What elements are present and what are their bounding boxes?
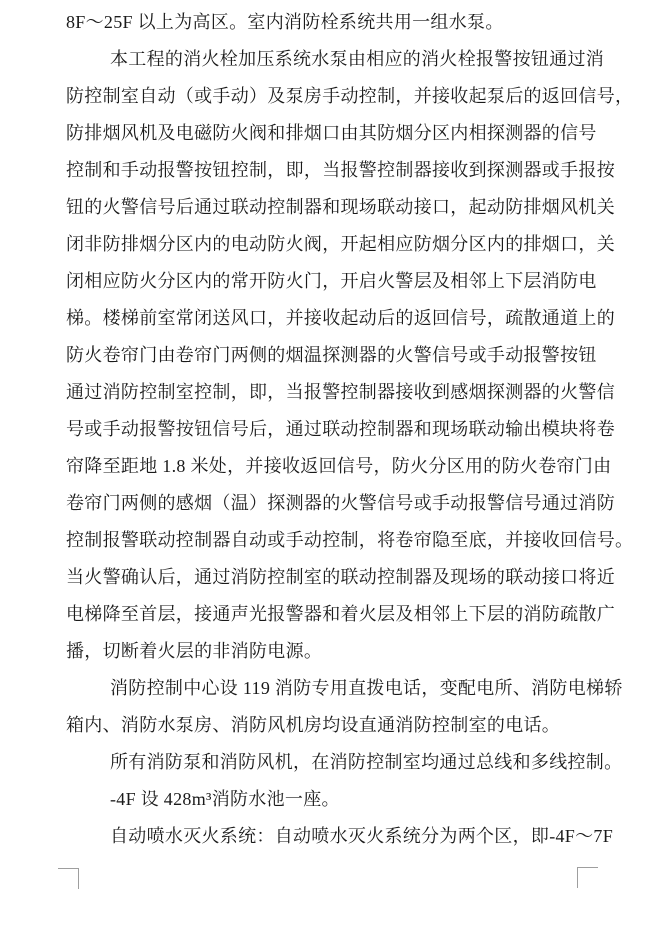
text-line: 消防控制中心设 119 消防专用直拨电话，变配电所、消防电梯轿: [66, 670, 602, 707]
text-line: 帘降至距地 1.8 米处，并接收返回信号，防火分区用的防火卷帘门由: [66, 448, 602, 485]
text-line: 控制报警联动控制器自动或手动控制，将卷帘隐至底，并接收回信号。: [66, 522, 602, 559]
document-page: 8F～25F 以上为高区。室内消防栓系统共用一组水泵。本工程的消火栓加压系统水泵…: [0, 0, 670, 936]
text-boundary-mark-bottom-right: [577, 867, 598, 888]
text-line: 通过消防控制室控制，即，当报警控制器接收到感烟探测器的火警信: [66, 374, 602, 411]
text-line: 播，切断着火层的非消防电源。: [66, 633, 602, 670]
text-line: 号或手动报警按钮信号后，通过联动控制器和现场联动输出模块将卷: [66, 411, 602, 448]
text-line: 电梯降至首层，接通声光报警器和着火层及相邻上下层的消防疏散广: [66, 596, 602, 633]
text-line: 防火卷帘门由卷帘门两侧的烟温探测器的火警信号或手动报警按钮: [66, 337, 602, 374]
text-line: 8F～25F 以上为高区。室内消防栓系统共用一组水泵。: [66, 4, 602, 41]
text-line: 自动喷水灭火系统：自动喷水灭火系统分为两个区，即-4F～7F: [66, 818, 602, 855]
text-line: 梯。楼梯前室常闭送风口，并接收起动后的返回信号，疏散通道上的: [66, 300, 602, 337]
text-line: 防控制室自动（或手动）及泵房手动控制，并接收起泵后的返回信号，: [66, 78, 602, 115]
text-line: 闭非防排烟分区内的电动防火阀，开起相应防烟分区内的排烟口，关: [66, 226, 602, 263]
text-line: 闭相应防火分区内的常开防火门，开启火警层及相邻上下层消防电: [66, 263, 602, 300]
text-line: 控制和手动报警按钮控制，即，当报警控制器接收到探测器或手报按: [66, 152, 602, 189]
text-line: -4F 设 428m³消防水池一座。: [66, 781, 602, 818]
text-line: 箱内、消防水泵房、消防风机房均设直通消防控制室的电话。: [66, 707, 602, 744]
text-line: 钮的火警信号后通过联动控制器和现场联动接口，起动防排烟风机关: [66, 189, 602, 226]
text-line: 所有消防泵和消防风机，在消防控制室均通过总线和多线控制。: [66, 744, 602, 781]
text-line: 当火警确认后，通过消防控制室的联动控制器及现场的联动接口将近: [66, 559, 602, 596]
text-line: 防排烟风机及电磁防火阀和排烟口由其防烟分区内相探测器的信号: [66, 115, 602, 152]
document-lines: 8F～25F 以上为高区。室内消防栓系统共用一组水泵。本工程的消火栓加压系统水泵…: [66, 4, 602, 855]
text-boundary-mark-bottom-left: [58, 868, 79, 889]
text-line: 卷帘门两侧的感烟（温）探测器的火警信号或手动报警信号通过消防: [66, 485, 602, 522]
text-line: 本工程的消火栓加压系统水泵由相应的消火栓报警按钮通过消: [66, 41, 602, 78]
